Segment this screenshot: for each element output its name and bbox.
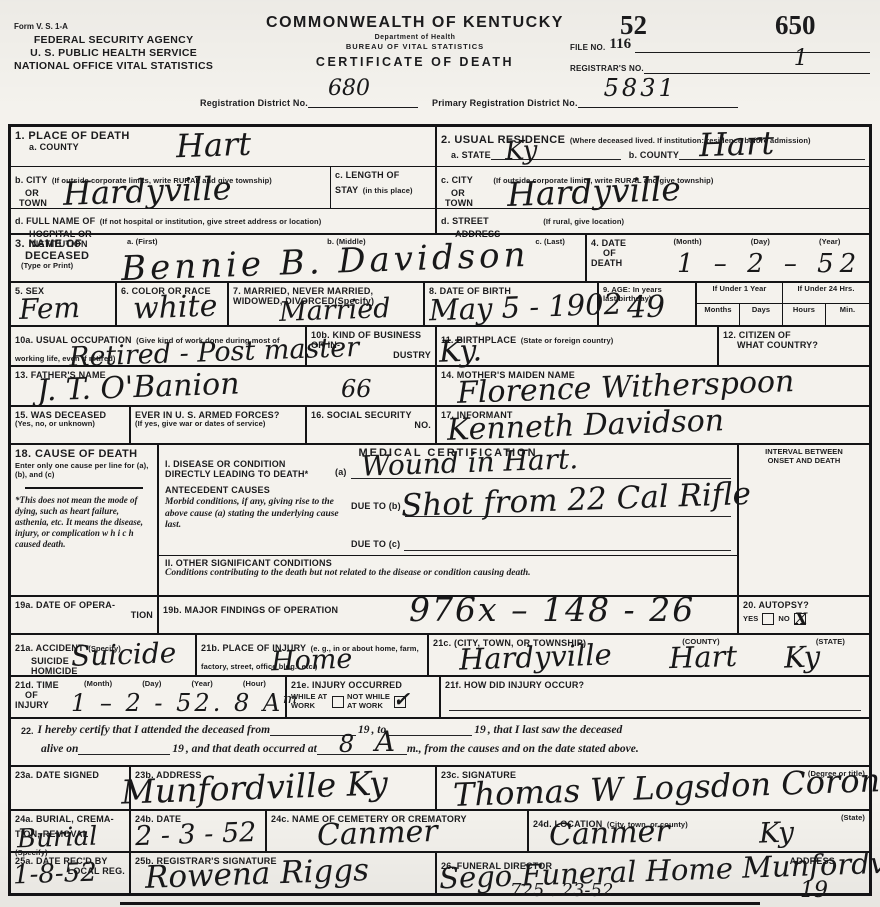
s22-blank2 [386, 735, 472, 736]
s21e-notwhile-label: NOT WHILEAT WORK [347, 693, 391, 710]
s9-months-label: Months [697, 304, 740, 325]
s1c-length-label: c. LENGTH OF [335, 170, 431, 180]
s1d-hospital-note: (If not hospital or institution, give st… [100, 217, 322, 226]
s21c-city-value: Hardyville [459, 640, 613, 674]
section-15-armed-forces: 15. WAS DECEASED (Yes, no, or unknown) [11, 407, 131, 443]
s16-label: 16. SOCIAL SECURITY [311, 410, 431, 420]
s21c-state-label: (STATE) [816, 638, 845, 648]
s19b-value: 976x – 148 - 26 [409, 593, 695, 626]
s20-yes-checkbox [762, 613, 774, 625]
s15-note: (Yes, no, or unknown) [15, 420, 125, 429]
s24c-value: Canmer [317, 817, 439, 851]
s18-other-conditions-note: Conditions contributing to the death but… [165, 568, 731, 579]
s4-title: 4. DATE [591, 238, 649, 248]
s7-value: Married [279, 295, 391, 326]
s2a-state-value: Ky [504, 137, 537, 164]
s18-a-tag: (a) [335, 467, 347, 479]
section-24b-date: 24b. DATE 2 - 3 - 52 [131, 811, 267, 851]
s2d-street-note: (If rural, give location) [543, 217, 624, 226]
s19a-label2: TION [15, 610, 153, 620]
s2d-street-label: d. STREET [441, 216, 489, 226]
s3-last-label: c. (Last) [535, 238, 565, 271]
s1a-county-value: Hart [175, 128, 251, 163]
s3-note: (Type or Print) [21, 262, 111, 271]
s2b-county-label: b. COUNTY [629, 150, 679, 160]
s2-title: 2. USUAL RESIDENCE [441, 134, 565, 146]
section-22-certification: 22. I hereby certify that I attended the… [11, 719, 869, 765]
s9-under24-header: If Under 24 Hrs. [783, 283, 869, 303]
primary-district-label: Primary Registration District No. [432, 98, 578, 108]
section-21e-injury-occurred: 21e. INJURY OCCURRED WHILE ATWORK NOT WH… [287, 677, 441, 717]
s9-value: 49 [626, 292, 665, 323]
s9-days-label: Days [740, 304, 783, 325]
s18-b-value: Shot from 22 Cal Rifle [400, 479, 751, 522]
s21f-label: 21f. HOW DID INJURY OCCUR? [445, 680, 865, 690]
s18-note1: Enter only one cause per line for (a), (… [15, 462, 153, 479]
s20-no-checkbox: X [794, 613, 806, 625]
s13-value: J. T. O'Banion [37, 369, 240, 406]
s24d-state-note: (State) [841, 814, 865, 823]
s17-value: Kenneth Davidson [447, 406, 725, 446]
section-24c-cemetery: 24c. NAME OF CEMETERY OR CREMATORY Canme… [267, 811, 529, 851]
primary-district-value: 5831 [604, 76, 677, 100]
s18-divider [25, 487, 142, 489]
footnote-mark: 19 [800, 880, 828, 902]
s1b-city-label: b. CITY [15, 175, 47, 185]
section-21d-time-of-injury: 21d. TIME OF INJURY (Month) (Day) (Year)… [11, 677, 287, 717]
s12-label: 12. CITIZEN OF [723, 330, 865, 340]
s19a-label: 19a. DATE OF OPERA- [15, 600, 153, 610]
reg-district-label: Registration District No. [200, 98, 308, 108]
bottom-scan-line [120, 902, 760, 905]
s15-note2: (If yes, give war or dates of service) [135, 420, 301, 429]
primary-district-rule: 5831 [578, 96, 738, 108]
section-12-citizen: 12. CITIZEN OF WHAT COUNTRY? [719, 327, 869, 365]
s3-title: 3. NAME OF [15, 238, 111, 250]
section-9-age: 9. AGE: In years last birthday) 49 [599, 283, 697, 325]
s8-value: May 5 - 1902 [429, 290, 623, 326]
s21d-label: 21d. TIME [15, 680, 69, 690]
s21d-label2: OF [25, 690, 69, 700]
s18-disease-label: I. DISEASE OR CONDITION [165, 459, 335, 469]
dept-of-health: Department of Health [260, 34, 570, 41]
section-23c-signature: 23c. SIGNATURE (Degree or title) Thomas … [437, 767, 869, 809]
certificate-header: Form V. S. 1-A FEDERAL SECURITY AGENCY U… [0, 0, 880, 96]
s21d-label3: INJURY [15, 700, 69, 710]
s24a-value: Burial [17, 824, 98, 853]
s21c-county-value: Hart [669, 642, 738, 673]
s16-label2: NO. [311, 420, 431, 430]
section-5-sex: 5. SEX Fem [11, 283, 117, 325]
s18-due-c-label: DUE TO (c) [351, 539, 400, 551]
registrar-no-rule: 1 [644, 62, 870, 74]
s2a-state-label: a. STATE [451, 150, 491, 160]
section-19a-date-of-operation: 19a. DATE OF OPERA- TION [11, 597, 159, 633]
s18-other-conditions-label: II. OTHER SIGNIFICANT CONDITIONS [165, 558, 731, 568]
s1d-hospital-label: d. FULL NAME OF [15, 216, 95, 226]
s2b-county-rule: Hart [679, 150, 865, 160]
section-17-informant: 17. INFORMANT Kenneth Davidson [437, 407, 869, 443]
section-21a-accident-suicide-homicide: 21a. ACCIDENT (Specify) SUICIDE HOMICIDE… [11, 635, 197, 675]
registrar-no-label: REGISTRAR'S NO. [570, 64, 644, 74]
certificate-form: 1. PLACE OF DEATH a. COUNTY Hart b. CITY… [8, 124, 872, 896]
s22-hour-value: 8 [339, 732, 354, 756]
s2b-county-value: Hart [699, 127, 775, 162]
section-16-social-security: 16. SOCIAL SECURITY NO. [307, 407, 437, 443]
s21f-rule [449, 710, 861, 711]
s23b-value: Munfordville Ky [121, 766, 389, 808]
section-7-marital-status: 7. MARRIED, NEVER MARRIED, WIDOWED, DIVO… [229, 283, 425, 325]
section-11-birthplace: 11. BIRTHPLACE (State or foreign country… [437, 327, 719, 365]
registrar-no-value: 1 [794, 48, 808, 70]
s2c-city-label: c. CITY [441, 175, 473, 185]
s21e-while-checkbox [332, 696, 344, 708]
s22-line2c: m., from the causes and on the date stat… [407, 743, 639, 755]
s18-a-value: Wound in Hart. [360, 445, 578, 481]
agency-line-3: NATIONAL OFFICE VITAL STATISTICS [14, 60, 213, 73]
agency-line-2: U. S. PUBLIC HEALTH SERVICE [14, 47, 213, 60]
section-24a-burial: 24a. BURIAL, CREMA- TION, REMOVAL (Speci… [11, 811, 131, 851]
section-21f-how-injury-occurred: 21f. HOW DID INJURY OCCUR? [441, 677, 869, 717]
s22-line1c: , that I last saw the deceased [488, 724, 623, 736]
s21e-while-label: WHILE ATWORK [291, 693, 329, 710]
s11-value: Ky. [438, 336, 482, 367]
s24b-value: 2 - 3 - 52 [135, 819, 257, 850]
s22-blank3 [78, 754, 170, 755]
s21e-check-mark: ✓ [393, 689, 410, 709]
s9-min-label: Min. [826, 304, 869, 325]
section-10a-occupation: 10a. USUAL OCCUPATION (Give kind of work… [11, 327, 307, 365]
reg-district-value: 680 [328, 78, 370, 100]
s21e-notwhile-checkbox: ✓ [394, 696, 406, 708]
agency-line-1: FEDERAL SECURITY AGENCY [14, 34, 213, 47]
bureau-vital-statistics: BUREAU OF VITAL STATISTICS [260, 42, 570, 51]
s4-title3: DEATH [591, 258, 649, 268]
s2c-city-value: Hardyville [506, 172, 681, 211]
s19b-label: 19b. MAJOR FINDINGS OF OPERATION [163, 605, 338, 615]
s9-hours-label: Hours [783, 304, 826, 325]
s22-19b: 19 [474, 724, 486, 736]
s1c-length-label2: STAY [335, 185, 358, 195]
s21e-label: 21e. INJURY OCCURRED [291, 680, 435, 690]
file-no-label: FILE NO. [570, 43, 605, 53]
s18-b-rule: Shot from 22 Cal Rifle [405, 501, 731, 517]
s13-extra: 66 [341, 377, 372, 401]
s12-label2: WHAT COUNTRY? [737, 340, 865, 350]
s21a-value: Suicide [71, 639, 177, 671]
s22-19c: 19 [172, 743, 184, 755]
section-21c-injury-location: 21c. (CITY, TOWN, OR TOWNSHIP) (COUNTY) … [429, 635, 869, 675]
registration-district-line: Registration District No. 680 Primary Re… [0, 96, 880, 122]
s9-under1-header: If Under 1 Year [697, 283, 783, 303]
s22-line1a: I hereby certify that I attended the dec… [38, 724, 271, 736]
section-21b-place-of-injury: 21b. PLACE OF INJURY (e. g., in or about… [197, 635, 429, 675]
s18-c-rule [404, 539, 731, 551]
section-23a-date-signed: 23a. DATE SIGNED [11, 767, 131, 809]
s11-note: (State or foreign country) [521, 336, 614, 345]
s4-date-value: 1 – 2 – 52 [677, 251, 862, 277]
s22-ampm-value: A [375, 728, 395, 756]
commonwealth-title: COMMONWEALTH OF KENTUCKY [260, 14, 570, 32]
s24d-state-value: Ky [759, 818, 795, 847]
s21b-value: Home [271, 646, 353, 676]
s6-value: white [133, 292, 218, 325]
s18-due-b-label: DUE TO (b) [351, 501, 401, 517]
section-6-color-race: 6. COLOR OR RACE white [117, 283, 229, 325]
section-20-autopsy: 20. AUTOPSY? YES NO X [739, 597, 869, 633]
s21c-state-value: Ky [784, 642, 821, 672]
section-19b-major-findings: 19b. MAJOR FINDINGS OF OPERATION 976x – … [159, 597, 739, 633]
s20-yes-label: YES [743, 615, 758, 624]
section-4-date-of-death: 4. DATE OF DEATH (Month) (Day) (Year) 1 … [587, 235, 869, 281]
section-24d-location: 24d. LOCATION (City, town, or county) (S… [529, 811, 869, 851]
section-18-medical-certification: MEDICAL CERTIFICATION I. DISEASE OR COND… [159, 445, 739, 595]
s2a-state-rule: Ky [491, 150, 621, 160]
s21d-value: 1 – 2 - 52. 8 Aᵐ [71, 691, 301, 715]
s20-no-mark: X [795, 611, 807, 627]
s4-title2: OF [603, 248, 649, 258]
s22-number: 22. [21, 726, 34, 736]
s1c-length-note: (in this place) [363, 186, 413, 195]
s20-no-label: NO [778, 615, 789, 624]
s1b-city-value: Hardyville [62, 172, 232, 210]
reg-district-rule: 680 [308, 96, 418, 108]
section-3-name-of-deceased: 3. NAME OF DECEASED (Type or Print) a. (… [11, 235, 587, 281]
s18-label: 18. CAUSE OF DEATH [15, 448, 153, 460]
section-9-under-age-grid: If Under 1 Year If Under 24 Hrs. Months … [697, 283, 869, 325]
s18-antecedent-note: Morbid conditions, if any, giving rise t… [165, 497, 351, 551]
s23a-label: 23a. DATE SIGNED [15, 770, 125, 780]
section-14-mothers-maiden-name: 14. MOTHER'S MAIDEN NAME Florence Wither… [437, 367, 869, 405]
s18-a-rule: Wound in Hart. [351, 459, 731, 479]
section-18-interval-column: INTERVAL BETWEEN ONSET AND DEATH [739, 445, 869, 595]
s18-note2: *This does not mean the mode of dying, s… [15, 495, 153, 550]
death-certificate-scan: Form V. S. 1-A FEDERAL SECURITY AGENCY U… [0, 0, 880, 907]
s22-19a: 19 [358, 724, 370, 736]
section-18-cause-of-death: 18. CAUSE OF DEATH Enter only one cause … [11, 445, 159, 595]
section-15b-armed-forces-detail: EVER IN U. S. ARMED FORCES? (If yes, giv… [131, 407, 307, 443]
form-number: Form V. S. 1-A [14, 22, 213, 31]
s24d-value: Canmer [549, 817, 671, 851]
certificate-of-death-title: CERTIFICATE OF DEATH [260, 55, 570, 69]
section-1-place-of-death: 1. PLACE OF DEATH a. COUNTY Hart b. CITY… [11, 127, 437, 233]
s14-value: Florence Witherspoon [457, 367, 795, 409]
file-no-value: 116 [609, 36, 631, 53]
s18-disease-label2: DIRECTLY LEADING TO DEATH* [165, 469, 335, 479]
s22-line2a: alive on [41, 743, 78, 755]
interval-label2: ONSET AND DEATH [743, 457, 865, 466]
file-no-rule [635, 41, 870, 53]
section-2-usual-residence: 2. USUAL RESIDENCE (Where deceased lived… [437, 127, 869, 233]
s22-line2b: , and that death occurred at [186, 743, 317, 755]
s5-value: Fem [19, 294, 81, 324]
section-23b-address: 23b. ADDRESS Munfordville Ky [131, 767, 437, 809]
s22-hour-rule: 8 A [317, 754, 407, 755]
section-8-date-of-birth: 8. DATE OF BIRTH May 5 - 1902 [425, 283, 599, 325]
s2-title-note: (Where deceased lived. If institution: r… [570, 136, 811, 145]
